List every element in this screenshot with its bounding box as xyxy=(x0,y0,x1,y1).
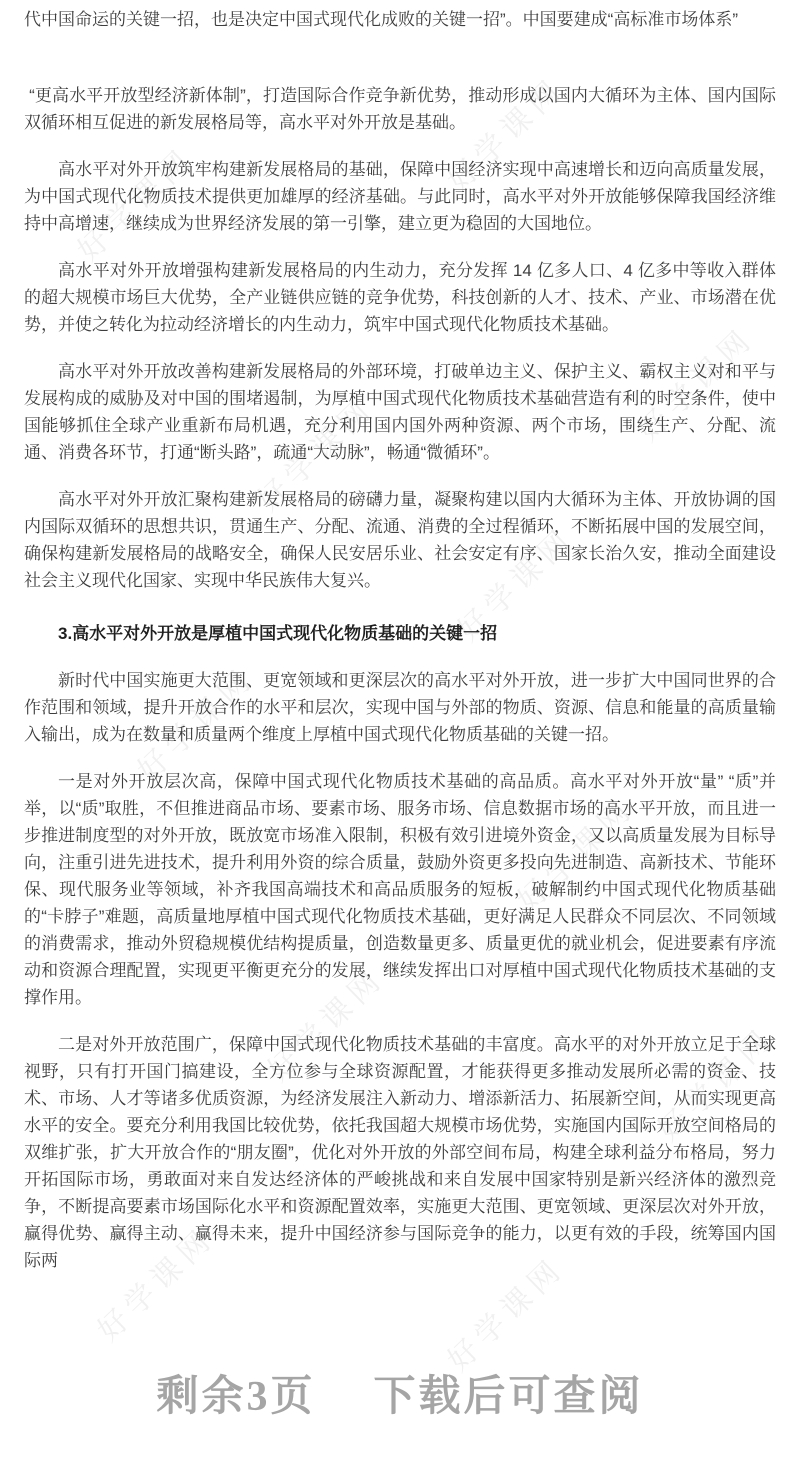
paragraph-gathering-strength: 高水平对外开放汇聚构建新发展格局的磅礴力量，凝聚构建以国内大循环为主体、开放协调… xyxy=(24,486,776,594)
document-preview-page: 好学课网 好学课网 好学课网 好学课网 好学课网 好学课网 好学课网 好学课网 … xyxy=(0,0,800,1473)
download-hint-label: 下载后可查阅 xyxy=(374,1363,644,1423)
paragraph-external-environment: 高水平对外开放改善构建新发展格局的外部环境，打破单边主义、保护主义、霸权主义对和… xyxy=(24,358,776,466)
paragraph-second-point: 二是对外开放范围广，保障中国式现代化物质技术基础的丰富度。高水平的对外开放立足于… xyxy=(24,1031,776,1274)
document-content: 代中国命运的关键一招，也是决定中国式现代化成败的关键一招”。中国要建成“高标准市… xyxy=(24,0,776,1294)
paragraph-first-point: 一是对外开放层次高，保障中国式现代化物质技术基础的高品质。高水平对外开放“量” … xyxy=(24,768,776,1011)
paragraph-new-era: 新时代中国实施更大范围、更宽领域和更深层次的高水平对外开放，进一步扩大中国同世界… xyxy=(24,667,776,748)
paragraph-foundation: 高水平对外开放筑牢构建新发展格局的基础，保障中国经济实现中高速增长和迈向高质量发… xyxy=(24,156,776,237)
paragraph-open-economy: “更高水平开放型经济新体制”，打造国际合作竞争新优势，推动形成以国内大循环为主体… xyxy=(24,82,776,136)
preview-footer: 剩余3页 下载后可查阅 xyxy=(0,1363,800,1423)
remaining-pages-label: 剩余3页 xyxy=(156,1363,315,1423)
section-heading-3: 3.高水平对外开放是厚植中国式现代化物质基础的关键一招 xyxy=(24,620,776,647)
paragraph-internal-dynamics: 高水平对外开放增强构建新发展格局的内生动力，充分发挥 14 亿多人口、4 亿多中… xyxy=(24,257,776,338)
paragraph-top-fragment: 代中国命运的关键一招，也是决定中国式现代化成败的关键一招”。中国要建成“高标准市… xyxy=(24,6,776,33)
